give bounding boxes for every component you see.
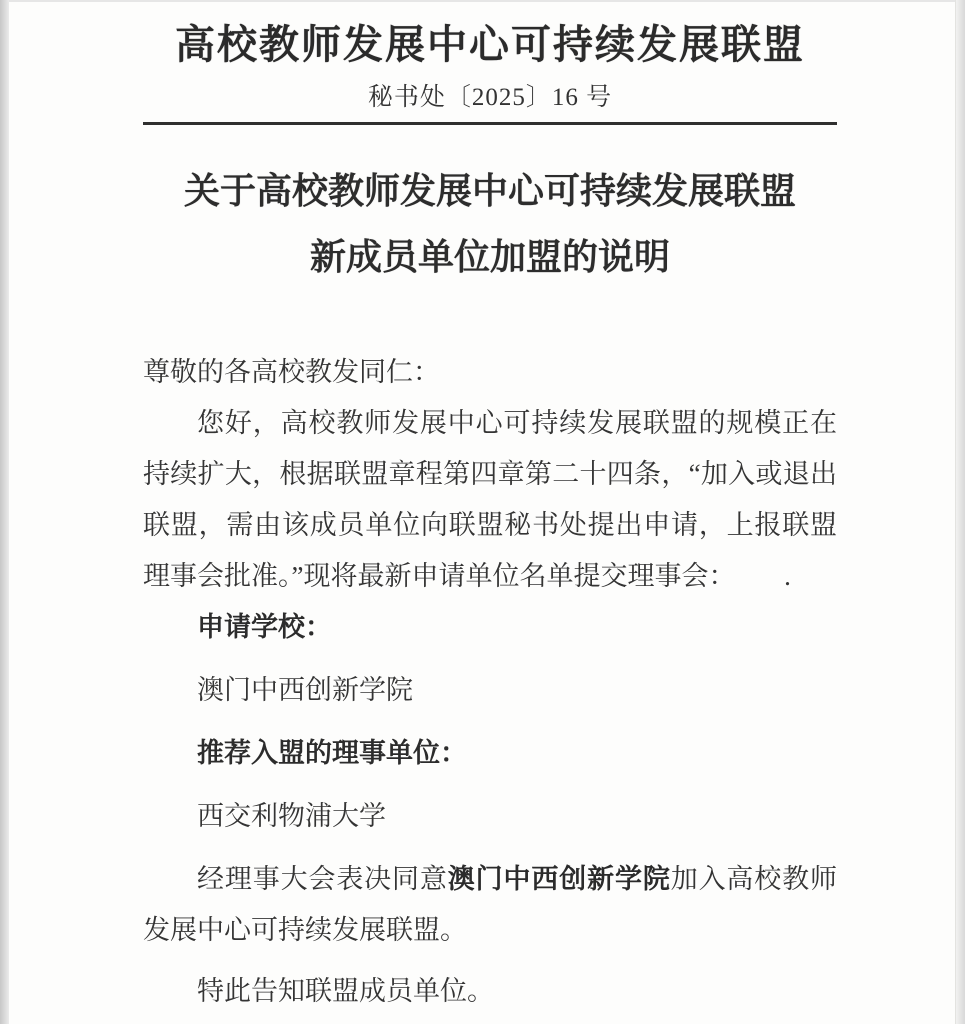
document-body: 尊敬的各高校教发同仁： 您好，高校教师发展中心可持续发展联盟的规模正在持续扩大，… <box>143 347 837 1017</box>
scanned-document-page: 高校教师发展中心可持续发展联盟 秘书处〔2025〕16 号 关于高校教师发展中心… <box>0 0 965 1024</box>
recommender-label: 推荐入盟的理事单位： <box>143 728 837 779</box>
intro-paragraph: 您好，高校教师发展中心可持续发展联盟的规模正在持续扩大，根据联盟章程第四章第二十… <box>143 398 837 602</box>
scan-edge-left <box>0 0 9 1024</box>
decision-paragraph: 经理事大会表决同意澳门中西创新学院加入高校教师发展中心可持续发展联盟。 <box>143 854 837 956</box>
intro-paragraph-text: 您好，高校教师发展中心可持续发展联盟的规模正在持续扩大，根据联盟章程第四章第二十… <box>143 408 837 591</box>
document-title-line1: 关于高校教师发展中心可持续发展联盟 <box>143 171 837 211</box>
stray-period-mark: . <box>784 561 791 591</box>
decision-prefix-text: 经理事大会表决同意 <box>197 864 448 894</box>
document-number: 秘书处〔2025〕16 号 <box>143 84 837 112</box>
closing-line: 特此告知联盟成员单位。 <box>143 966 837 1017</box>
document-content: 高校教师发展中心可持续发展联盟 秘书处〔2025〕16 号 关于高校教师发展中心… <box>143 0 837 1017</box>
org-name-heading: 高校教师发展中心可持续发展联盟 <box>143 22 837 68</box>
applicant-label: 申请学校： <box>143 602 837 653</box>
recommender-name: 西交利物浦大学 <box>143 791 837 842</box>
salutation-line: 尊敬的各高校教发同仁： <box>143 347 837 398</box>
header-divider-rule <box>143 122 837 125</box>
applicant-name: 澳门中西创新学院 <box>143 665 837 716</box>
decision-school-name-bold: 澳门中西创新学院 <box>448 864 671 894</box>
document-title-line2: 新成员单位加盟的说明 <box>143 237 837 277</box>
scan-edge-right <box>955 0 965 1024</box>
